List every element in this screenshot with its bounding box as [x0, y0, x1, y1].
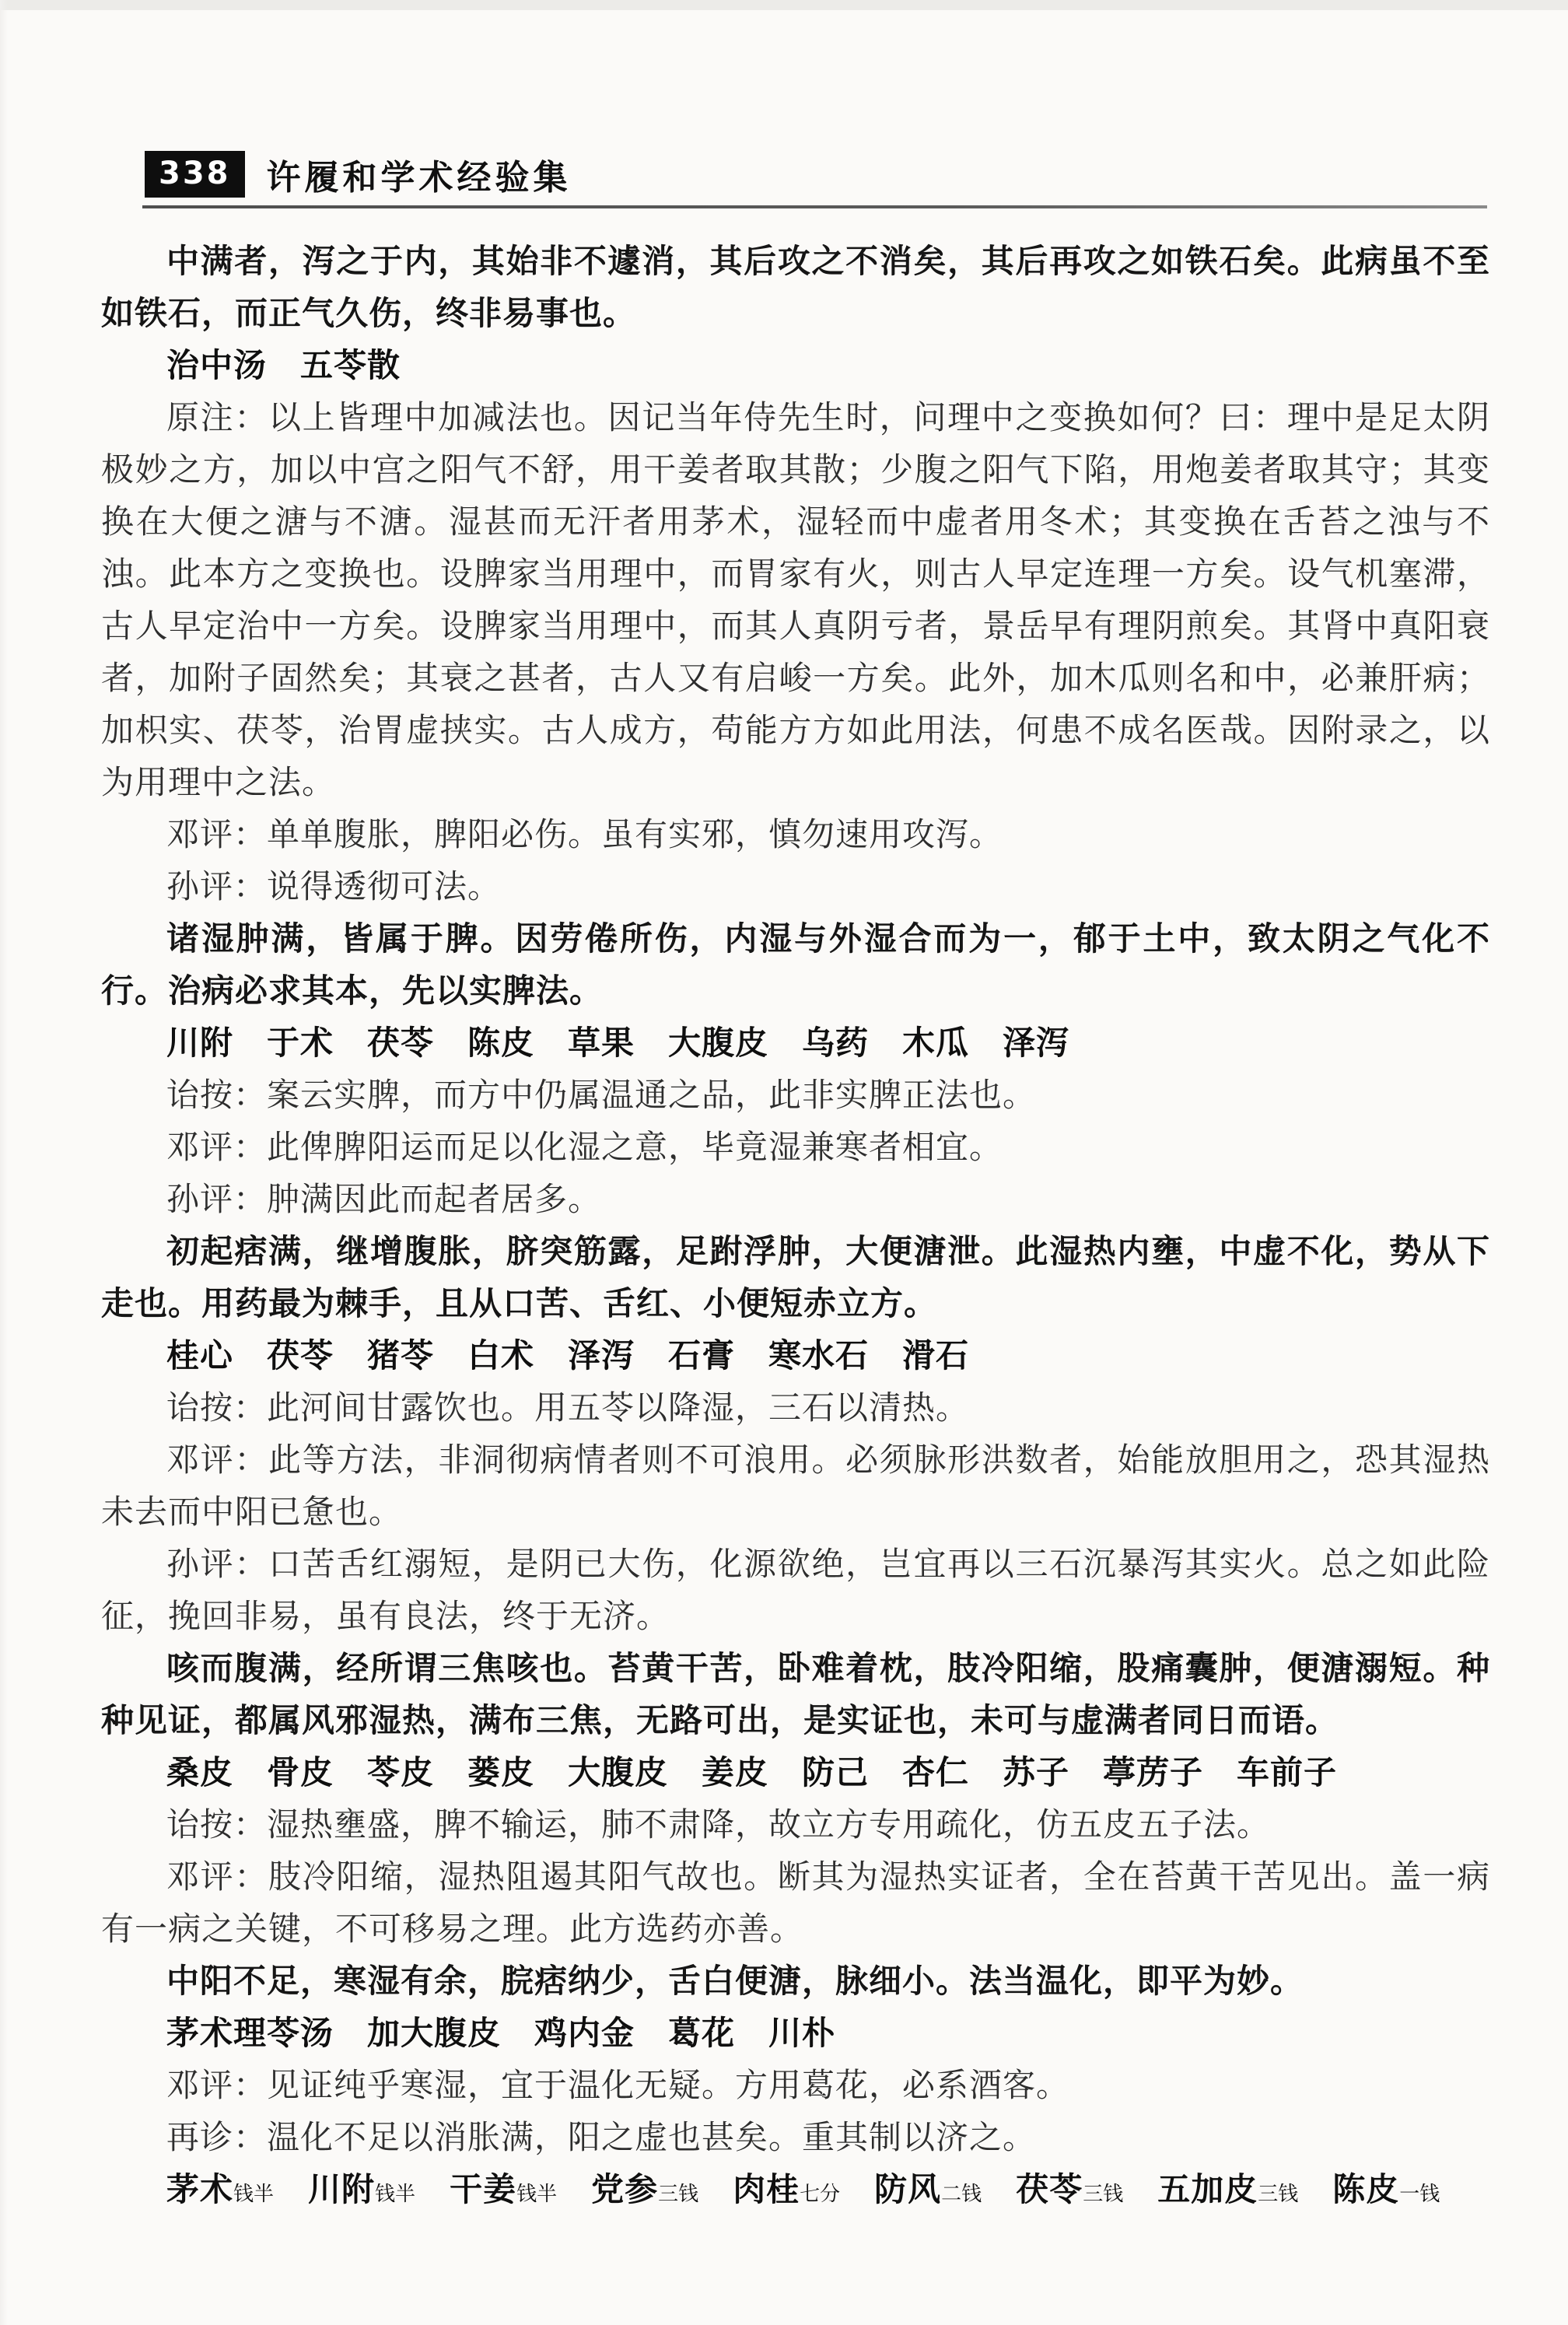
herb-entry: 党参三钱: [591, 2170, 698, 2208]
note-paragraph: 邓评：此俾脾阳运而足以化湿之意，毕竟湿兼寒者相宜。: [101, 1121, 1490, 1173]
herb-dose: 三钱: [658, 2183, 698, 2206]
herb-dose: 三钱: [1083, 2183, 1123, 2206]
book-title: 许履和学术经验集: [267, 149, 572, 199]
case-paragraph: 中满者，泻之于内，其始非不遽消，其后攻之不消矣，其后再攻之如铁石矣。此病虽不至如…: [101, 235, 1490, 339]
herb-entry: 五加皮三钱: [1157, 2170, 1298, 2208]
herb-name: 党参: [591, 2170, 658, 2208]
herb-name: 五加皮: [1157, 2170, 1258, 2208]
note-paragraph: 孙评：肿满因此而起者居多。: [101, 1173, 1490, 1225]
herb-entry: 川附钱半: [308, 2170, 415, 2208]
herb-dose: 钱半: [516, 2183, 557, 2206]
note-paragraph: 诒按：案云实脾，而方中仍属温通之品，此非实脾正法也。: [101, 1069, 1490, 1121]
note-paragraph: 邓评：此等方法，非洞彻病情者则不可浪用。必须脉形洪数者，始能放胆用之，恐其湿热未…: [101, 1434, 1490, 1538]
prescription-line: 茅术理苓汤 加大腹皮 鸡内金 葛花 川朴: [101, 2007, 1490, 2059]
herb-dose: 三钱: [1258, 2183, 1298, 2206]
note-paragraph: 诒按：此河间甘露饮也。用五苓以降湿，三石以清热。: [101, 1381, 1490, 1434]
note-paragraph: 邓评：肢冷阳缩，湿热阻遏其阳气故也。断其为湿热实证者，全在苔黄干苦见出。盖一病有…: [101, 1851, 1490, 1955]
case-paragraph: 初起痞满，继增腹胀，脐突筋露，足跗浮肿，大便溏泄。此湿热内壅，中虚不化，势从下走…: [101, 1225, 1490, 1329]
scan-edge-strip: [0, 0, 1568, 10]
herb-entry: 干姜钱半: [450, 2170, 557, 2208]
prescription-line-dosed: 茅术钱半川附钱半干姜钱半党参三钱肉桂七分防风二钱茯苓三钱五加皮三钱陈皮一钱: [101, 2163, 1490, 2221]
header-rule: [142, 205, 1487, 208]
herb-dose: 一钱: [1399, 2183, 1440, 2206]
page-header: 338 许履和学术经验集: [145, 149, 572, 199]
herb-name: 肉桂: [733, 2170, 800, 2208]
herb-entry: 肉桂七分: [733, 2170, 840, 2208]
herb-entry: 茅术钱半: [166, 2170, 274, 2208]
note-paragraph: 邓评：见证纯乎寒湿，宜于温化无疑。方用葛花，必系酒客。: [101, 2059, 1490, 2111]
scan-edge-shade: [0, 0, 8, 2325]
note-paragraph: 诒按：湿热壅盛，脾不输运，肺不肃降，故立方专用疏化，仿五皮五子法。: [101, 1798, 1490, 1851]
page-body-text: 中满者，泻之于内，其始非不遽消，其后攻之不消矣，其后再攻之如铁石矣。此病虽不至如…: [101, 235, 1490, 2221]
herb-name: 川附: [308, 2170, 375, 2208]
note-paragraph: 邓评：单单腹胀，脾阳必伤。虽有实邪，慎勿速用攻泻。: [101, 808, 1490, 860]
note-paragraph: 再诊：温化不足以消胀满，阳之虚也甚矣。重其制以济之。: [101, 2111, 1490, 2163]
herb-dose: 七分: [800, 2183, 840, 2206]
herb-dose: 钱半: [375, 2183, 415, 2206]
note-paragraph: 原注：以上皆理中加减法也。因记当年侍先生时，问理中之变换如何？曰：理中是足太阴极…: [101, 391, 1490, 808]
prescription-line: 桑皮 骨皮 苓皮 蒌皮 大腹皮 姜皮 防己 杏仁 苏子 葶苈子 车前子: [101, 1746, 1490, 1798]
case-paragraph: 中阳不足，寒湿有余，脘痞纳少，舌白便溏，脉细小。法当温化，即平为妙。: [101, 1955, 1490, 2007]
herb-entry: 防风二钱: [874, 2170, 982, 2208]
herb-name: 陈皮: [1332, 2170, 1399, 2208]
herb-dose: 二钱: [941, 2183, 982, 2206]
book-page-scan: 338 许履和学术经验集 中满者，泻之于内，其始非不遽消，其后攻之不消矣，其后再…: [0, 0, 1568, 2325]
prescription-line: 治中汤 五苓散: [101, 339, 1490, 391]
herb-name: 干姜: [450, 2170, 516, 2208]
herb-name: 茯苓: [1016, 2170, 1083, 2208]
herb-name: 防风: [874, 2170, 941, 2208]
herb-entry: 陈皮一钱: [1332, 2170, 1440, 2208]
note-paragraph: 孙评：口苦舌红溺短，是阴已大伤，化源欲绝，岂宜再以三石沉暴泻其实火。总之如此险征…: [101, 1538, 1490, 1642]
herb-dose: 钱半: [233, 2183, 274, 2206]
note-paragraph: 孙评：说得透彻可法。: [101, 860, 1490, 912]
herb-entry: 茯苓三钱: [1016, 2170, 1123, 2208]
prescription-line: 桂心 茯苓 猪苓 白术 泽泻 石膏 寒水石 滑石: [101, 1329, 1490, 1381]
case-paragraph: 诸湿肿满，皆属于脾。因劳倦所伤，内湿与外湿合而为一，郁于土中，致太阴之气化不行。…: [101, 912, 1490, 1017]
case-paragraph: 咳而腹满，经所谓三焦咳也。苔黄干苦，卧难着枕，肢冷阳缩，股痛囊肿，便溏溺短。种种…: [101, 1642, 1490, 1746]
herb-name: 茅术: [166, 2170, 233, 2208]
prescription-line: 川附 于术 茯苓 陈皮 草果 大腹皮 乌药 木瓜 泽泻: [101, 1017, 1490, 1069]
page-number-badge: 338: [145, 151, 245, 198]
